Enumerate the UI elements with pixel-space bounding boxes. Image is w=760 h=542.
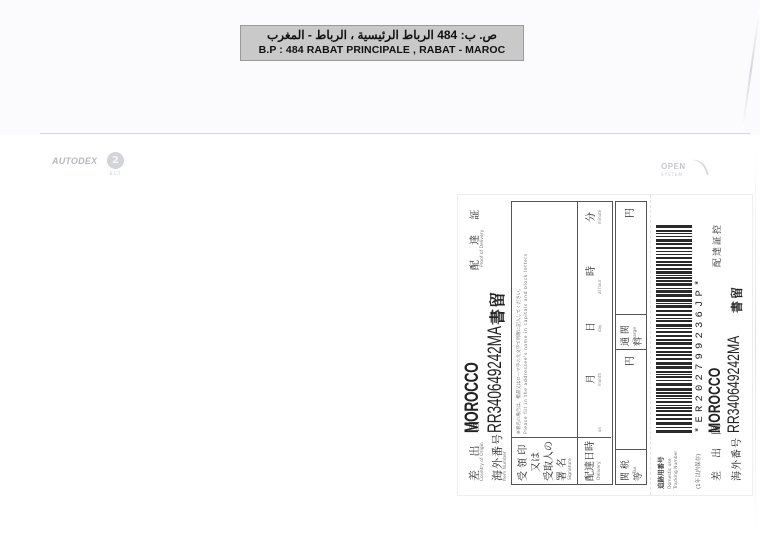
autodex-logo: AUTODEX	[52, 156, 97, 166]
domestic-tracking-caption2: Tracking Number	[674, 451, 679, 489]
registered-mail-label: 差 出 国 Country of Origin MOROCCO 海外番号 Ite…	[458, 195, 752, 495]
leaf-logo-icon	[687, 156, 709, 180]
stub-proof-title: 配達証控	[710, 223, 723, 267]
open-system-logo: OPEN	[661, 162, 686, 171]
tax-header: 関 税 等 Tax	[616, 449, 646, 484]
date-month-unit: 月	[582, 374, 597, 384]
stub-registered-mark: 書留	[728, 285, 745, 313]
fees-table: 関 税 等 Tax 円 通 関 料 Charge 円	[615, 201, 647, 485]
country-of-origin-caption: Country of Origin	[480, 442, 485, 481]
date-minute-caption: minute	[597, 210, 602, 224]
domestic-tracking-caption1: Domestic use	[668, 458, 673, 489]
open-system-caption: SYSTEM	[661, 172, 683, 177]
signature-header: 受 領 印 又は 受取人の 署 名 Signature	[512, 437, 577, 484]
charge-yen-unit: 円	[621, 208, 636, 218]
domestic-tracking-label: 追跡用番号	[656, 457, 665, 490]
date-day-unit: 日	[582, 322, 597, 332]
label-rotated-content: 差 出 国 Country of Origin MOROCCO 海外番号 Ite…	[458, 195, 752, 495]
envelope-flap	[0, 0, 760, 135]
tax-yen-unit: 円	[621, 356, 636, 366]
retention-note: (1年以内保存)	[694, 454, 702, 489]
delivery-caption: Delivery	[597, 461, 602, 480]
tax-caption: Tax	[633, 467, 638, 474]
charge-label: 通 関 料	[618, 315, 644, 346]
proof-of-delivery-title: 配 達 証	[466, 204, 481, 270]
stub-item-number-value: RR340649242MA	[724, 336, 744, 433]
date-hour-unit: 時	[582, 266, 597, 276]
stub-item-number-label: 海外番号	[728, 437, 743, 481]
charge-caption: Charge	[633, 327, 638, 343]
charge-header: 通 関 料 Charge	[616, 314, 646, 349]
proof-of-delivery-caption: Proof of Delivery	[480, 230, 485, 267]
signature-row: 受 領 印 又は 受取人の 署 名 Signature ※署名の場合は、楷書又は…	[512, 202, 578, 484]
date-hour-caption: at hour	[597, 280, 602, 294]
signature-label-line4: 署 名	[553, 458, 568, 481]
item-number-caption: Item Number	[503, 451, 508, 481]
registered-mark: 書留	[485, 291, 508, 325]
delivery-form: 受 領 印 又は 受取人の 署 名 Signature ※署名の場合は、楷書又は…	[511, 201, 613, 485]
delivery-header: 配達日時 Delivery	[578, 437, 611, 484]
return-address-stamp: ص. ب: 484 الرباط الرئيسية ، الرباط - الم…	[240, 25, 524, 61]
country-of-origin-value: MOROCCO	[462, 363, 484, 433]
signature-note-en: Please fill in the addressee's name in c…	[524, 253, 529, 434]
ect-emblem-icon: 2	[107, 152, 124, 169]
date-on-caption: on	[597, 427, 602, 432]
envelope-edge-right	[755, 140, 756, 540]
tracking-barcode	[656, 225, 692, 433]
tax-label: 関 税 等	[618, 450, 644, 481]
signature-caption: Signature	[568, 458, 573, 480]
stub-divider	[650, 195, 651, 495]
fee-divider	[616, 349, 646, 350]
signature-note-jp: ※署名の場合は、楷書又はローマ字の大文字で明瞭に記入してください。	[516, 286, 522, 434]
stub-country-value: MOROCCO	[705, 368, 725, 433]
date-minute-unit: 分	[582, 212, 597, 222]
return-address-french: B.P : 484 RABAT PRINCIPALE , RABAT - MAR…	[241, 43, 523, 58]
item-number-value: RR340649242MA	[485, 326, 507, 433]
date-day-caption: day	[597, 325, 602, 332]
flap-fold-line	[40, 133, 750, 134]
delivery-datetime-row: 配達日時 Delivery on 月 month 日 day 時 at hour…	[578, 202, 611, 484]
return-address-arabic: ص. ب: 484 الرباط الرئيسية ، الرباط - الم…	[241, 27, 523, 43]
delivery-label: 配達日時	[581, 441, 596, 481]
signature-field[interactable]	[534, 206, 574, 434]
date-month-caption: month	[597, 373, 602, 386]
ect-emblem-caption: E.C.T	[110, 171, 120, 176]
